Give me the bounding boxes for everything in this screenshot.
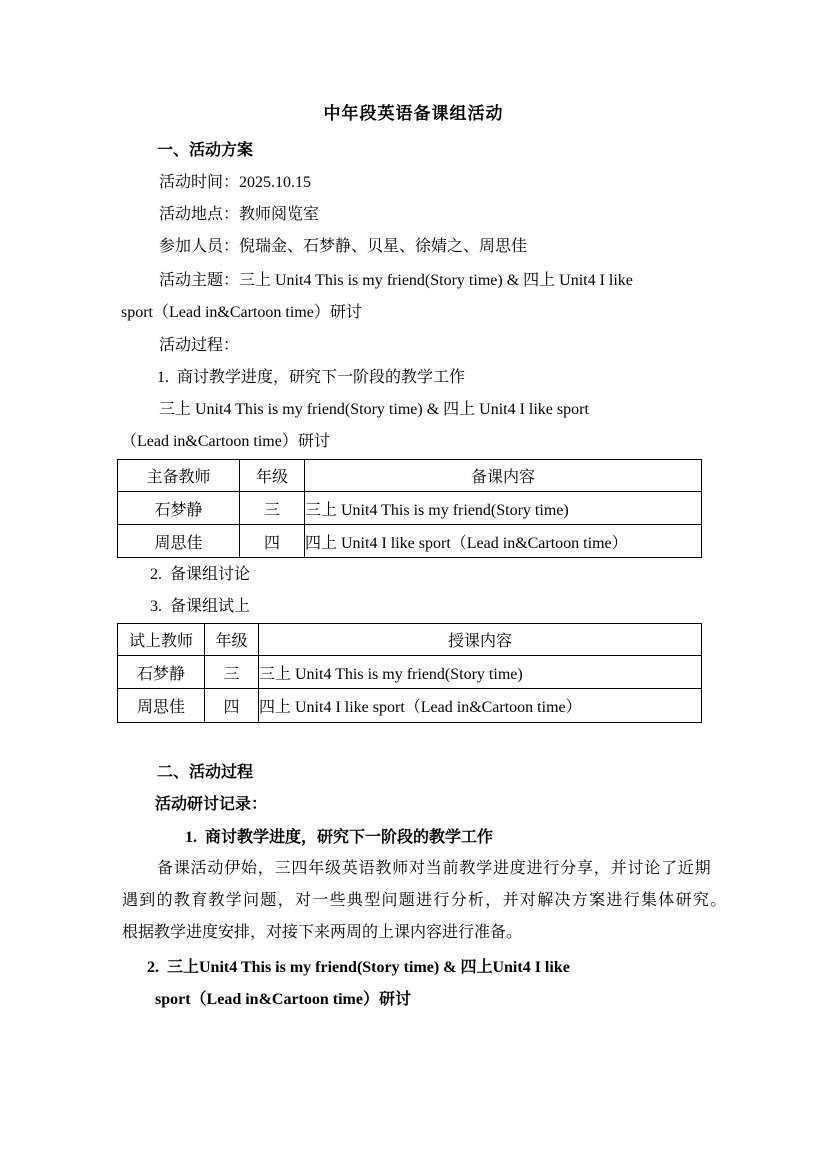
paragraph-line-2: 遇到的教育教学问题，对一些典型问题进行分析，并对解决方案进行集体研究。 bbox=[122, 890, 728, 911]
trial-header-teacher: 试上教师 bbox=[118, 624, 205, 656]
document-page: 中年段英语备课组活动 一、活动方案 活动时间：2025.10.15 活动地点：教… bbox=[0, 0, 827, 1170]
cell-content: 四上 Unit4 I like sport（Lead in&Cartoon ti… bbox=[305, 525, 702, 558]
activity-topic-line2: sport（Lead in&Cartoon time）研讨 bbox=[121, 302, 362, 323]
section2-item-2-line1: 2. 三上Unit4 This is my friend(Story time)… bbox=[147, 957, 570, 978]
cell-teacher: 石梦静 bbox=[118, 656, 205, 689]
record-label: 活动研讨记录： bbox=[155, 794, 267, 815]
cell-grade: 四 bbox=[205, 689, 259, 723]
cell-teacher: 周思佳 bbox=[118, 689, 205, 723]
prep-table: 主备教师 年级 备课内容 石梦静 三 三上 Unit4 This is my f… bbox=[117, 459, 702, 558]
cell-grade: 四 bbox=[240, 525, 305, 558]
paragraph-line-3: 根据教学进度安排，对接下来两周的上课内容进行准备。 bbox=[122, 922, 522, 943]
section2-item-1: 1. 商讨教学进度，研究下一阶段的教学工作 bbox=[185, 827, 493, 848]
trial-header-content: 授课内容 bbox=[259, 624, 702, 656]
trial-table-header-row: 试上教师 年级 授课内容 bbox=[118, 624, 702, 656]
paragraph-line-1: 备课活动伊始，三四年级英语教师对当前教学进度进行分享，并讨论了近期 bbox=[157, 858, 711, 879]
cell-content: 四上 Unit4 I like sport（Lead in&Cartoon ti… bbox=[259, 689, 702, 723]
table-row: 石梦静 三 三上 Unit4 This is my friend(Story t… bbox=[118, 656, 702, 689]
activity-participants: 参加人员：倪瑞金、石梦静、贝星、徐婧之、周思佳 bbox=[159, 236, 527, 257]
discussion-topic-line1: 三上 Unit4 This is my friend(Story time) &… bbox=[159, 399, 589, 420]
section1-item-2: 2. 备课组讨论 bbox=[150, 564, 250, 585]
table-row: 石梦静 三 三上 Unit4 This is my friend(Story t… bbox=[118, 492, 702, 525]
table-row: 周思佳 四 四上 Unit4 I like sport（Lead in&Cart… bbox=[118, 689, 702, 723]
cell-content: 三上 Unit4 This is my friend(Story time) bbox=[305, 492, 702, 525]
cell-teacher: 周思佳 bbox=[118, 525, 240, 558]
trial-header-grade: 年级 bbox=[205, 624, 259, 656]
prep-header-content: 备课内容 bbox=[305, 460, 702, 492]
section1-heading: 一、活动方案 bbox=[157, 140, 253, 161]
activity-place: 活动地点：教师阅览室 bbox=[159, 204, 319, 225]
section2-heading: 二、活动过程 bbox=[157, 762, 253, 783]
prep-table-header-row: 主备教师 年级 备课内容 bbox=[118, 460, 702, 492]
activity-topic-line1: 活动主题：三上 Unit4 This is my friend(Story ti… bbox=[159, 270, 633, 291]
prep-header-teacher: 主备教师 bbox=[118, 460, 240, 492]
cell-grade: 三 bbox=[240, 492, 305, 525]
section2-item-2-line2: sport（Lead in&Cartoon time）研讨 bbox=[155, 989, 411, 1010]
cell-teacher: 石梦静 bbox=[118, 492, 240, 525]
doc-title: 中年段英语备课组活动 bbox=[0, 103, 827, 124]
activity-process-label: 活动过程： bbox=[159, 335, 239, 356]
section1-item-1: 1. 商讨教学进度，研究下一阶段的教学工作 bbox=[157, 367, 465, 388]
activity-time: 活动时间：2025.10.15 bbox=[159, 172, 311, 193]
trial-table: 试上教师 年级 授课内容 石梦静 三 三上 Unit4 This is my f… bbox=[117, 623, 702, 723]
table-row: 周思佳 四 四上 Unit4 I like sport（Lead in&Cart… bbox=[118, 525, 702, 558]
cell-grade: 三 bbox=[205, 656, 259, 689]
section1-item-3: 3. 备课组试上 bbox=[150, 596, 250, 617]
prep-header-grade: 年级 bbox=[240, 460, 305, 492]
discussion-topic-line2: （Lead in&Cartoon time）研讨 bbox=[121, 431, 330, 452]
cell-content: 三上 Unit4 This is my friend(Story time) bbox=[259, 656, 702, 689]
